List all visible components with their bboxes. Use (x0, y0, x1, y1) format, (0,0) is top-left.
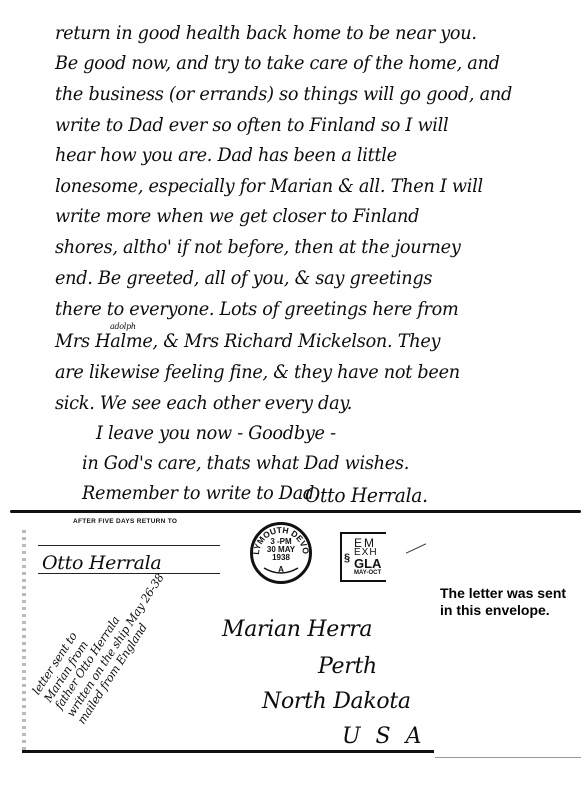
slogan-cancel-stamp: § EM EXH GLA MAY-OCT (340, 532, 386, 582)
letter-line: shores, altho' if not before, then at th… (55, 236, 461, 258)
letter-line: Mrs Halme, & Mrs Richard Mickelson. They (55, 330, 440, 352)
address-line: Perth (318, 655, 377, 679)
letter-line: the business (or errands) so things will… (55, 83, 512, 105)
envelope-bottom-edge (22, 750, 434, 753)
letter-line: Be good now, and try to take care of the… (55, 52, 500, 74)
letter-line: in God's care, thats what Dad wishes. (82, 452, 409, 474)
postmark-details: 3 -PM 30 MAY 1938 A (253, 538, 309, 574)
envelope-caption: The letter was sent in this envelope. (440, 585, 580, 619)
letter-line: end. Be greeted, all of you, & say greet… (55, 267, 432, 289)
envelope-edge (22, 530, 26, 750)
return-label: AFTER FIVE DAYS RETURN TO (73, 518, 177, 525)
letter-line: write more when we get closer to Finland (55, 205, 419, 227)
address-line: U S A (342, 725, 426, 749)
postmark-year: 1938 (253, 554, 309, 562)
letter-line: there to everyone. Lots of greetings her… (55, 298, 459, 320)
letter-line: sick. We see each other every day. (55, 392, 352, 414)
return-address-line (38, 545, 220, 546)
letter-signature: Otto Herrala. (305, 484, 428, 506)
stray-mark (435, 757, 581, 758)
handwritten-letter-page: return in good health back home to be ne… (0, 0, 581, 510)
letter-line: are likewise feeling fine, & they have n… (55, 361, 460, 383)
letter-line: return in good health back home to be ne… (55, 22, 477, 44)
slogan-line: GLA (354, 556, 381, 571)
postmark-stamp: PLYMOUTH DEVON 3 -PM 30 MAY 1938 A (250, 522, 312, 584)
emblem-icon: § (344, 552, 350, 564)
address-line: North Dakota (262, 690, 411, 714)
slogan-line: MAY-OCT (354, 570, 381, 576)
letter-line: hear how you are. Dad has been a little (55, 144, 397, 166)
postmark-code: A (253, 566, 309, 574)
letter-line: lonesome, especially for Marian & all. T… (55, 175, 483, 197)
letter-line: write to Dad ever so often to Finland so… (55, 114, 448, 136)
letter-line: Remember to write to Dad. (82, 482, 319, 504)
letter-line: I leave you now - Goodbye - (96, 422, 336, 444)
address-line: Marian Herra (222, 618, 372, 642)
